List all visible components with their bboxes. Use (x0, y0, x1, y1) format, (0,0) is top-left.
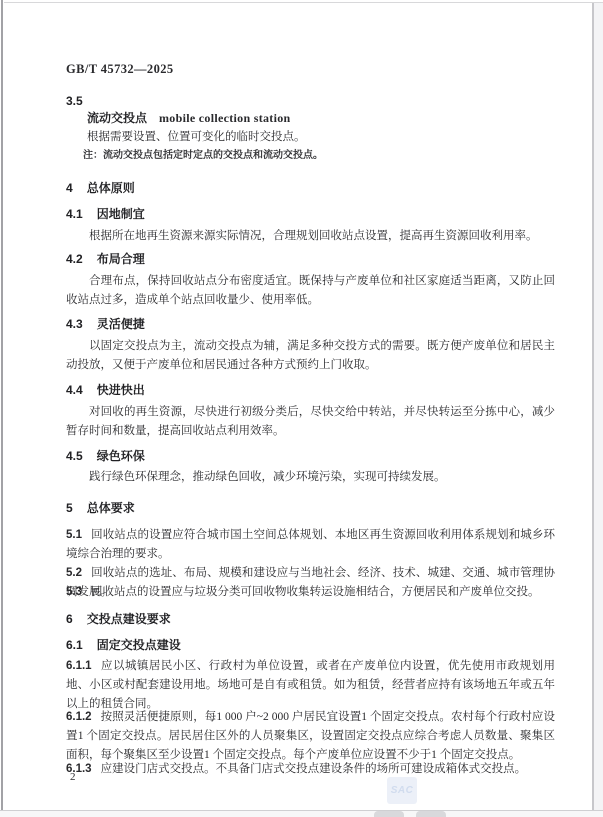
clause-5-3: 5.3回收站点的设置应与垃圾分类可回收物收集转运设施相结合，方便居民和产废单位交… (66, 583, 555, 602)
scan-bottom-artifact (374, 811, 404, 817)
section-4-5-heading: 4.5绿色环保 (66, 449, 555, 464)
section-number: 6 (66, 612, 73, 626)
document-page: { "document": { "standard_number": "GB/T… (0, 0, 603, 817)
clause-text: 应以城镇居民小区、行政村为单位设置，或者在产废单位内设置，优先使用市政规划用地、… (66, 660, 555, 710)
section-4-5-paragraph: 践行绿色环保理念，推动绿色回收，减少环境污染，实现可持续发展。 (66, 468, 555, 487)
section-number: 4.5 (66, 449, 83, 463)
section-6-heading: 6交投点建设要求 (66, 612, 555, 627)
page-number: 2 (70, 771, 76, 783)
section-title: 因地制宜 (97, 207, 145, 221)
clause-text: 回收站点的设置应与垃圾分类可回收物收集转运设施相结合，方便居民和产废单位交投。 (91, 586, 540, 598)
scan-bottom-artifact (416, 811, 446, 817)
section-number: 4 (66, 181, 73, 195)
scan-left-edge-line (1, 0, 3, 817)
section-4-3-heading: 4.3灵活便捷 (66, 317, 555, 332)
section-title: 快进快出 (97, 383, 145, 397)
section-4-heading: 4总体原则 (66, 181, 555, 196)
section-title: 绿色环保 (97, 449, 145, 463)
section-title: 灵活便捷 (97, 317, 145, 331)
clause-number: 6.1.1 (66, 660, 92, 672)
term-clause-number: 3.5 (66, 94, 555, 109)
section-title: 固定交投点建设 (97, 638, 181, 652)
clause-5-1: 5.1回收站点的设置应符合城市国土空间总体规划、本地区再生资源回收利用体系规划和… (66, 526, 555, 564)
section-6-1-heading: 6.1固定交投点建设 (66, 638, 555, 653)
clause-6-1-3: 6.1.3应建设门店式交投点。不具备门店式交投点建设条件的场所可建设成箱体式交投… (66, 760, 555, 779)
section-4-1-paragraph: 根据所在地再生资源来源实际情况，合理规划回收站点设置，提高再生资源回收利用率。 (66, 227, 555, 246)
section-number: 4.1 (66, 207, 83, 221)
clause-number: 5.1 (66, 529, 82, 541)
section-4-4-paragraph: 对回收的再生资源，尽快进行初级分类后，尽快交给中转站，并尽快转运至分拣中心，减少… (66, 403, 555, 441)
standard-number-header: GB/T 45732—2025 (66, 62, 555, 77)
section-number: 4.3 (66, 317, 83, 331)
section-4-1-heading: 4.1因地制宜 (66, 207, 555, 222)
clause-6-1-1: 6.1.1应以城镇居民小区、行政村为单位设置，或者在产废单位内设置，优先使用市政… (66, 657, 555, 714)
section-5-heading: 5总体要求 (66, 501, 555, 516)
section-title: 总体要求 (87, 501, 135, 515)
section-number: 6.1 (66, 638, 83, 652)
clause-text: 应建设门店式交投点。不具备门店式交投点建设条件的场所可建设成箱体式交投点。 (101, 763, 527, 775)
clause-number: 5.2 (66, 567, 82, 579)
clause-text: 回收站点的设置应符合城市国土空间总体规划、本地区再生资源回收利用体系规划和城乡环… (66, 529, 555, 560)
scan-right-margin (594, 3, 603, 811)
term-en: mobile collection station (159, 111, 290, 125)
section-4-4-heading: 4.4快进快出 (66, 383, 555, 398)
section-number: 4.2 (66, 252, 83, 266)
section-title: 交投点建设要求 (87, 612, 171, 626)
term-line: 流动交投点mobile collection station (66, 111, 576, 126)
clause-6-1-2: 6.1.2按照灵活便捷原则，每1 000 户~2 000 户居民宜设置1 个固定… (66, 708, 555, 765)
scan-right-edge-line (592, 3, 594, 811)
scan-top-edge-line (4, 2, 603, 3)
term-definition: 根据需要设置、位置可变化的临时交投点。 (66, 130, 576, 145)
section-4-2-heading: 4.2布局合理 (66, 252, 555, 267)
section-4-3-paragraph: 以固定交投点为主，流动交投点为辅，满足多种交投方式的需要。既方便产废单位和居民主… (66, 337, 555, 375)
clause-number: 6.1.2 (66, 711, 92, 723)
section-title: 总体原则 (87, 181, 135, 195)
scan-bottom-strip (0, 811, 603, 817)
section-number: 4.4 (66, 383, 83, 397)
clause-text: 按照灵活便捷原则，每1 000 户~2 000 户居民宜设置1 个固定交投点。农… (66, 711, 555, 761)
section-title: 布局合理 (97, 252, 145, 266)
clause-number: 5.3 (66, 586, 82, 598)
section-number: 5 (66, 501, 73, 515)
section-4-2-paragraph: 合理布点，保持回收站点分布密度适宜。既保持与产废单位和社区家庭适当距离，又防止回… (66, 272, 555, 310)
term-zh: 流动交投点 (87, 111, 147, 125)
sac-watermark: SAC (387, 777, 417, 804)
term-note: 注：流动交投点包括定时定点的交投点和流动交投点。 (66, 149, 572, 162)
